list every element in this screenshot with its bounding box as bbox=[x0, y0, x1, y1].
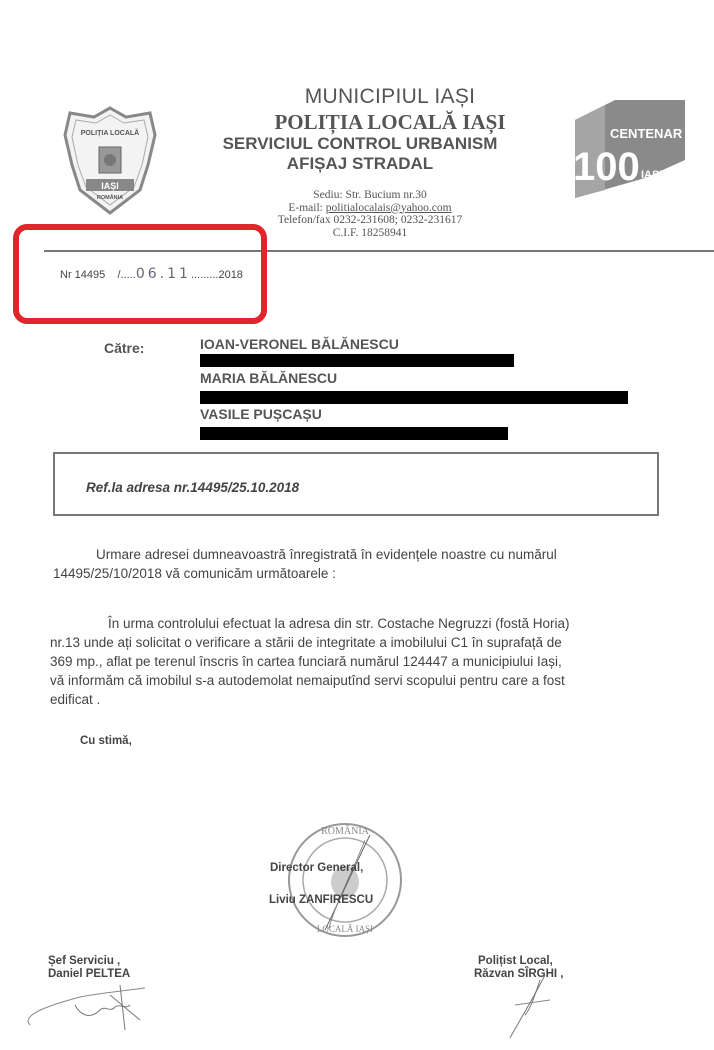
svg-text:IAȘI: IAȘI bbox=[641, 169, 662, 181]
svg-text:CENTENAR: CENTENAR bbox=[610, 126, 683, 141]
email-line: E-mail: politialocalais@yahoo.com bbox=[220, 202, 520, 215]
reference-text: Ref.la adresa nr.14495/25.10.2018 bbox=[86, 480, 299, 495]
paragraph-2-line: nr.13 unde ați solicitat o verificare a … bbox=[50, 633, 562, 652]
registration-number: Nr 14495 /.....06.11.........2018 bbox=[60, 266, 243, 282]
recipient-name: IOAN-VERONEL BĂLĂNESCU bbox=[200, 336, 399, 352]
paragraph-2-line: În urma controlului efectuat la adresa d… bbox=[108, 614, 569, 633]
director-title: Director General, bbox=[270, 862, 363, 875]
officer-title: Polițist Local, bbox=[478, 955, 553, 968]
police-crest-logo: POLIȚIA LOCALĂ IAȘI ROMÂNIA bbox=[58, 105, 162, 217]
chief-signature bbox=[20, 985, 150, 1035]
svg-text:100: 100 bbox=[573, 145, 640, 189]
svg-text:ROMÂNIA: ROMÂNIA bbox=[321, 825, 370, 837]
closing-greeting: Cu stimă, bbox=[80, 735, 132, 748]
header-police: POLIȚIA LOCALĂ IAȘI bbox=[210, 110, 570, 135]
chief-title: Șef Serviciu , bbox=[48, 955, 120, 968]
paragraph-2-line: edificat . bbox=[50, 690, 100, 709]
redacted-address bbox=[200, 427, 508, 440]
chief-name: Daniel PELTEA bbox=[48, 968, 130, 981]
paragraph-2-line: 369 mp., aflat pe terenul înscris în car… bbox=[50, 652, 562, 671]
paragraph-1-line-2: 14495/25/10/2018 vă comunicăm următoarel… bbox=[53, 564, 336, 583]
officer-signature bbox=[505, 975, 565, 1040]
paragraph-2-line: vă informăm că imobilul s-a autodemolat … bbox=[50, 671, 565, 690]
svg-text:IAȘI: IAȘI bbox=[101, 181, 119, 191]
redacted-address bbox=[200, 391, 628, 404]
redacted-address bbox=[200, 354, 514, 367]
header-service: SERVICIUL CONTROL URBANISM bbox=[190, 134, 530, 154]
email-link[interactable]: politialocalais@yahoo.com bbox=[326, 202, 452, 214]
recipient-name: VASILE PUȘCAȘU bbox=[200, 406, 322, 422]
official-stamp: ROMÂNIA LOCALĂ IAȘI bbox=[285, 820, 405, 940]
address: Sediu: Str. Bucium nr.30 bbox=[220, 189, 520, 202]
phone: Telefon/fax 0232-231608; 0232-231617 bbox=[220, 214, 520, 227]
paragraph-1-line-1: Urmare adresei dumneavoastră înregistrat… bbox=[96, 545, 557, 564]
recipient-name: MARIA BĂLĂNESCU bbox=[200, 370, 337, 386]
stamp-seal-icon: ROMÂNIA LOCALĂ IAȘI bbox=[285, 820, 405, 940]
handwritten-signature-icon bbox=[505, 975, 565, 1040]
recipients-label: Către: bbox=[104, 340, 144, 356]
svg-text:ROMÂNIA: ROMÂNIA bbox=[97, 194, 123, 201]
director-name: Liviu ZANFIRESCU bbox=[269, 894, 373, 907]
handwritten-signature-icon bbox=[20, 985, 150, 1035]
handwritten-date: 06.11 bbox=[136, 266, 191, 282]
header-department: AFIȘAJ STRADAL bbox=[190, 154, 530, 174]
svg-text:POLIȚIA LOCALĂ: POLIȚIA LOCALĂ bbox=[81, 128, 139, 137]
header-municipality: MUNICIPIUL IAȘI bbox=[240, 85, 540, 109]
police-badge-crest-icon: POLIȚIA LOCALĂ IAȘI ROMÂNIA bbox=[58, 105, 162, 217]
